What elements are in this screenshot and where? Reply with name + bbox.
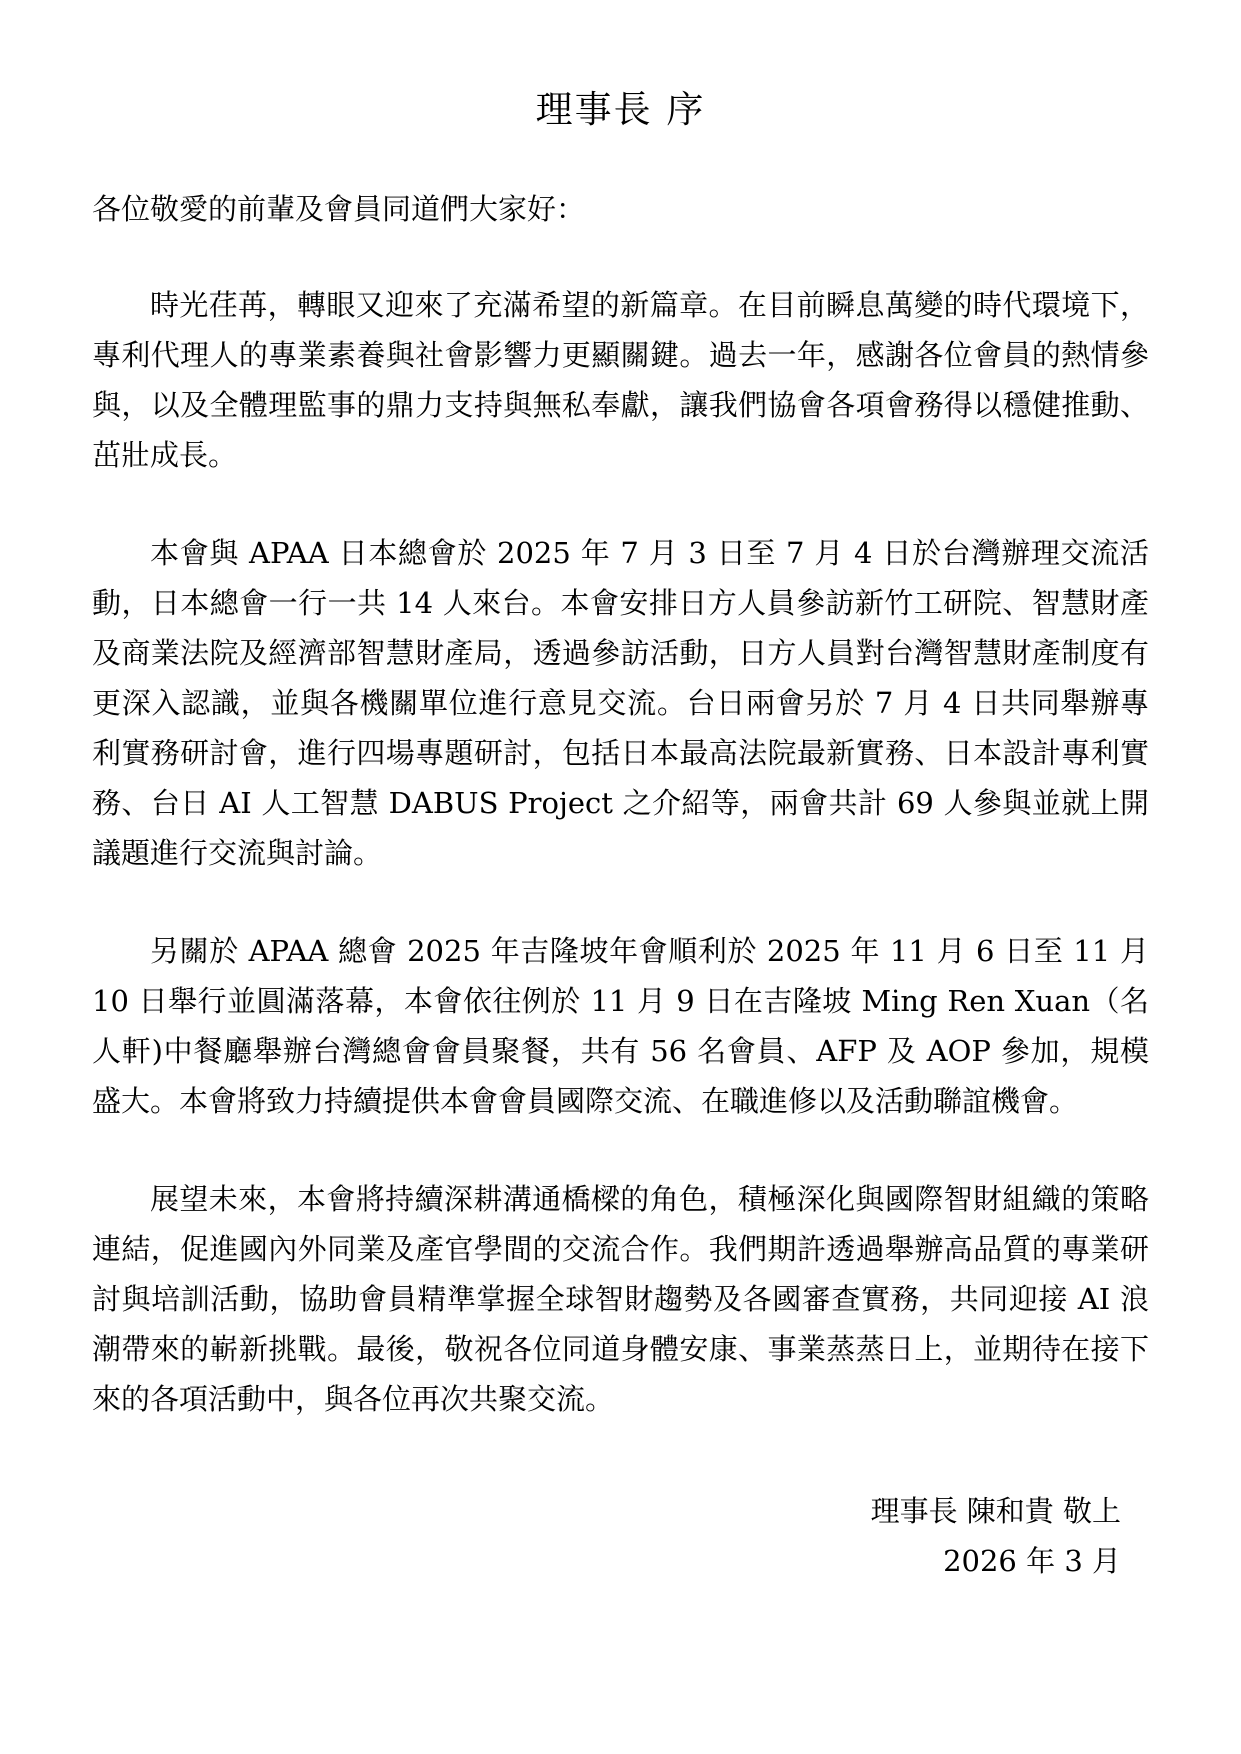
paragraph-1: 時光荏苒，轉眼又迎來了充滿希望的新篇章。在目前瞬息萬變的時代環境下，專利代理人的… <box>92 280 1149 480</box>
paragraph-4: 展望未來，本會將持續深耕溝通橋樑的角色，積極深化與國際智財組織的策略連結，促進國… <box>92 1174 1149 1424</box>
paragraph-3: 另關於 APAA 總會 2025 年吉隆坡年會順利於 2025 年 11 月 6… <box>92 926 1149 1126</box>
paragraph-2: 本會與 APAA 日本總會於 2025 年 7 月 3 日至 7 月 4 日於台… <box>92 528 1149 878</box>
page-title: 理事長 序 <box>92 88 1149 132</box>
signature-name-line: 理事長 陳和貴 敬上 <box>92 1486 1121 1536</box>
document-page: 理事長 序 各位敬愛的前輩及會員同道們大家好： 時光荏苒，轉眼又迎來了充滿希望的… <box>0 0 1241 1754</box>
signature-date-line: 2026 年 3 月 <box>92 1536 1121 1586</box>
greeting-line: 各位敬愛的前輩及會員同道們大家好： <box>92 184 1149 234</box>
signature-block: 理事長 陳和貴 敬上 2026 年 3 月 <box>92 1486 1149 1586</box>
